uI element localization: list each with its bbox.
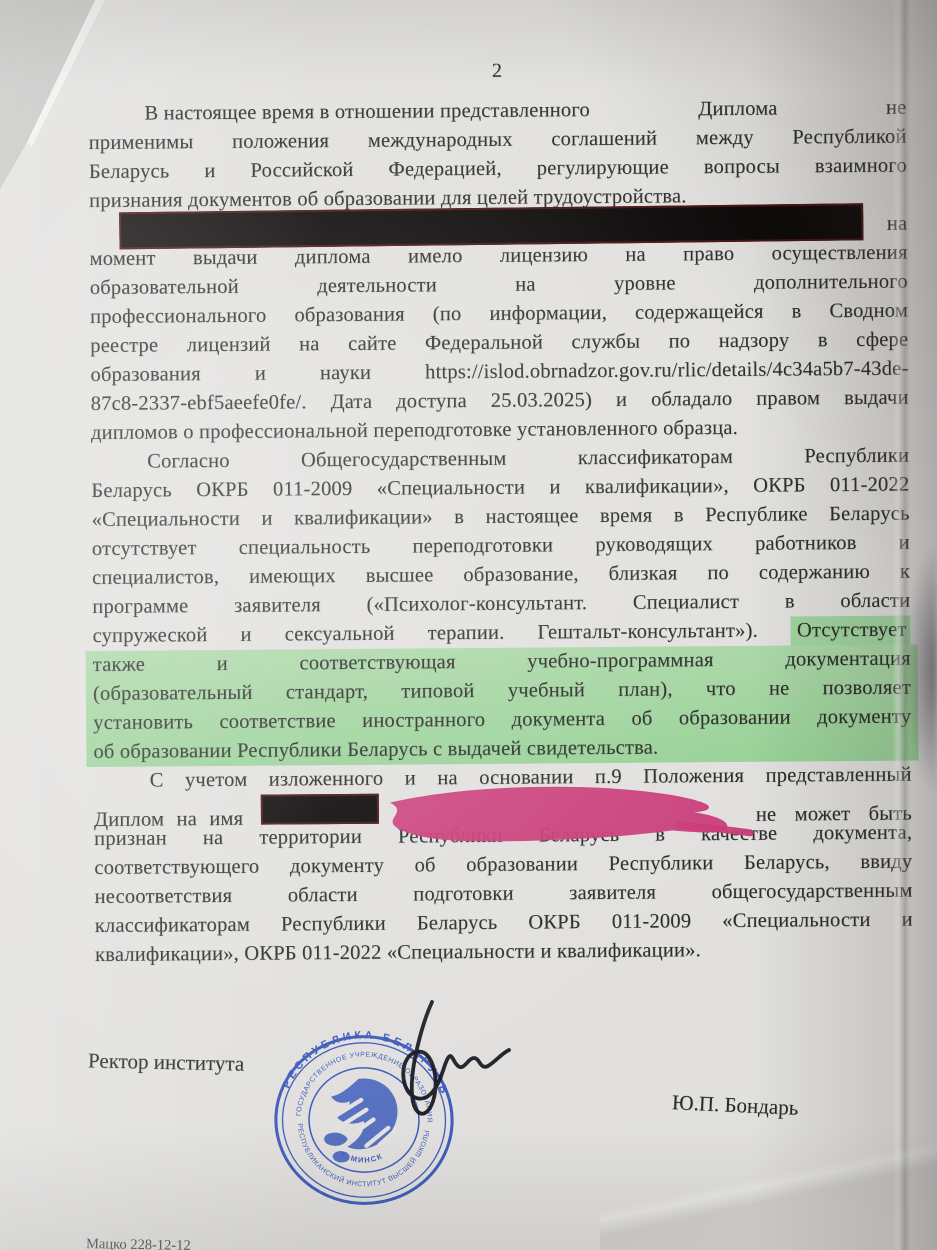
paragraph1-lines: применимы положения международных соглаш… [89,123,907,187]
name-line-post: не может быть [756,800,912,830]
letter-body: 2 В настоящее время в отношении представ… [88,54,913,970]
rector-title: Ректор института [88,1048,245,1076]
footer-note: Мацко 228-12-12 [86,1236,191,1250]
paper-crease [600,1120,937,1250]
green-highlighted-word: Отсутствует [791,616,911,646]
name-line-pre: Диплом на имя [94,805,244,835]
signature-scribble [368,996,518,1136]
redaction-line: на [89,210,907,245]
paragraph4-last-line: квалификации», ОКРБ 011-2022 «Специально… [95,935,913,970]
paragraph2-lines: момент выдачи диплома имело лицензию на … [89,239,908,419]
document-photo: 2 В настоящее время в отношении представ… [0,0,937,1250]
rector-name: Ю.П. Бондарь [671,1090,798,1121]
paragraph1-line1-seg2: Диплома [698,95,778,125]
green-highlight-block: также и соответствующая учебно-программн… [86,645,919,768]
paragraph3-lines: Беларусь ОКРБ 011-2009 «Специальности и … [91,471,910,622]
highlight-block-lines: также и соответствующая учебно-программн… [93,645,912,738]
pink-marker-scribble [384,778,755,853]
paragraph1-line1-seg3: не [886,94,907,123]
paragraph4-name-line: Диплом на имя не может быть [94,790,912,825]
redaction-box [261,794,379,825]
highlight-line-pre: супружеской и сексуальной терапии. Гешта… [92,620,758,647]
paragraph1-line1-seg1: В настоящее время в отношении представле… [88,96,590,129]
redaction-line-suffix: на [887,210,908,239]
